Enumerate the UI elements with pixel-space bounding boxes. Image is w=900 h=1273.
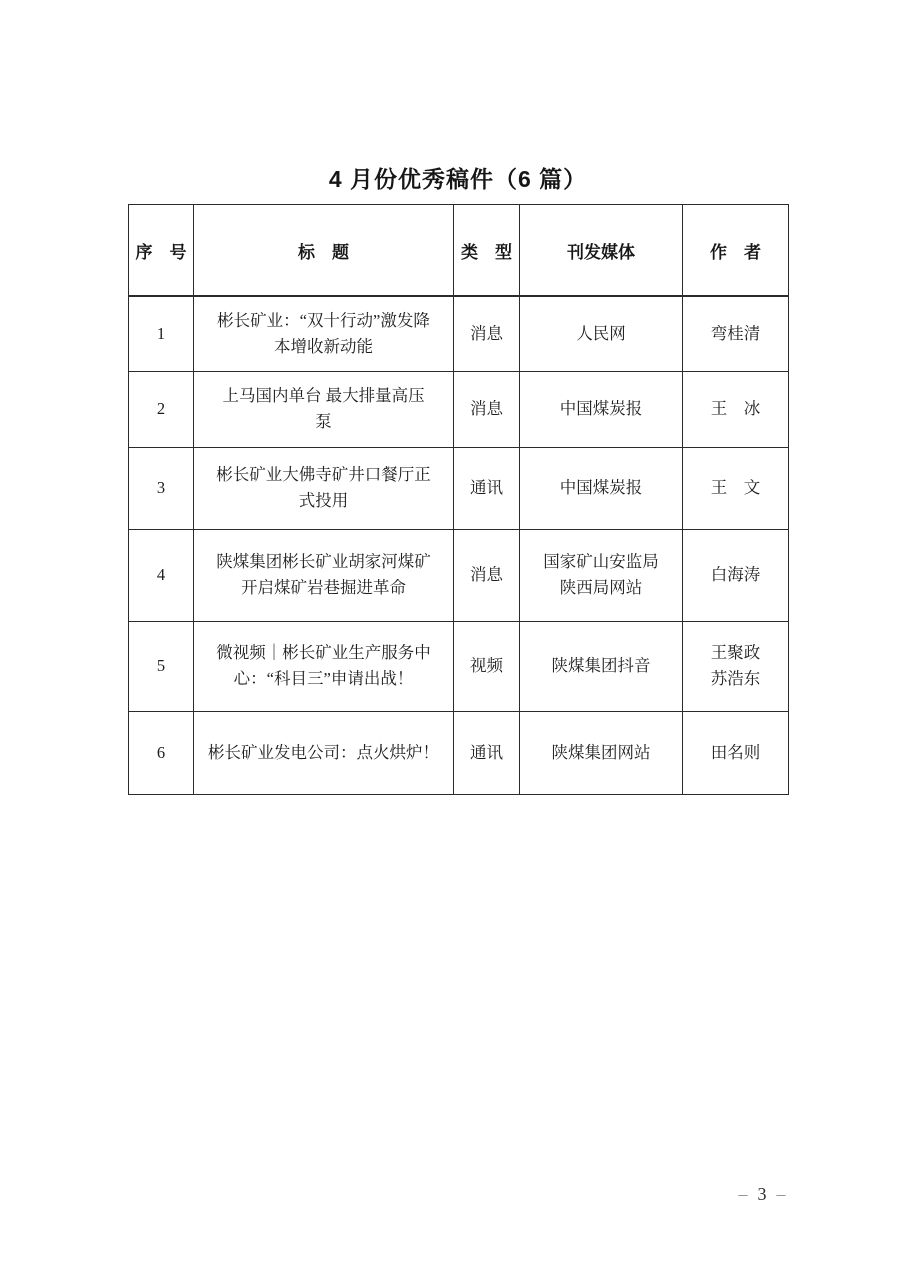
cell-no: 5 [129,621,194,711]
column-header-no: 序 号 [129,205,194,297]
cell-media: 陕煤集团网站 [520,711,683,794]
cell-title: 彬长矿业发电公司：点火烘炉！ [194,711,454,794]
table-row: 4陕煤集团彬长矿业胡家河煤矿 开启煤矿岩巷掘进革命消息国家矿山安监局 陕西局网站… [129,529,789,621]
cell-title: 微视频｜彬长矿业生产服务中 心：“科目三”申请出战！ [194,621,454,711]
cell-type: 消息 [454,371,520,447]
column-header-author: 作 者 [683,205,789,297]
cell-media: 人民网 [520,296,683,371]
header-row: 序 号 标 题 类 型 刊发媒体 作 者 [129,205,789,297]
cell-author: 白海涛 [683,529,789,621]
column-header-title: 标 题 [194,205,454,297]
cell-title: 彬长矿业：“双十行动”激发降 本增收新动能 [194,296,454,371]
column-header-type: 类 型 [454,205,520,297]
cell-no: 6 [129,711,194,794]
cell-type: 通讯 [454,711,520,794]
cell-no: 4 [129,529,194,621]
cell-type: 通讯 [454,447,520,529]
cell-media: 陕煤集团抖音 [520,621,683,711]
document-title: 4 月份优秀稿件（6 篇） [128,162,788,196]
page-number-dash-right: – [777,1182,786,1206]
page-number: – 3 – [710,1182,814,1206]
column-header-media: 刊发媒体 [520,205,683,297]
cell-author: 弯桂清 [683,296,789,371]
cell-author: 王聚政 苏浩东 [683,621,789,711]
cell-no: 1 [129,296,194,371]
table-row: 6彬长矿业发电公司：点火烘炉！通讯陕煤集团网站田名则 [129,711,789,794]
cell-title: 上马国内单台 最大排量高压 泵 [194,371,454,447]
manuscripts-table: 序 号 标 题 类 型 刊发媒体 作 者 1彬长矿业：“双十行动”激发降 本增收… [128,204,789,795]
table-row: 1彬长矿业：“双十行动”激发降 本增收新动能消息人民网弯桂清 [129,296,789,371]
cell-title: 陕煤集团彬长矿业胡家河煤矿 开启煤矿岩巷掘进革命 [194,529,454,621]
cell-media: 中国煤炭报 [520,447,683,529]
cell-no: 3 [129,447,194,529]
document-page: 4 月份优秀稿件（6 篇） 序 号 标 题 类 型 刊发媒体 作 者 1彬长矿业… [0,0,900,1273]
table-row: 3彬长矿业大佛寺矿井口餐厅正 式投用通讯中国煤炭报王 文 [129,447,789,529]
table-row: 2上马国内单台 最大排量高压 泵消息中国煤炭报王 冰 [129,371,789,447]
page-number-dash-left: – [739,1182,748,1206]
cell-media: 中国煤炭报 [520,371,683,447]
cell-media: 国家矿山安监局 陕西局网站 [520,529,683,621]
cell-no: 2 [129,371,194,447]
cell-type: 消息 [454,296,520,371]
cell-type: 视频 [454,621,520,711]
cell-title: 彬长矿业大佛寺矿井口餐厅正 式投用 [194,447,454,529]
table-header: 序 号 标 题 类 型 刊发媒体 作 者 [129,205,789,297]
table-body: 1彬长矿业：“双十行动”激发降 本增收新动能消息人民网弯桂清2上马国内单台 最大… [129,296,789,794]
cell-author: 王 冰 [683,371,789,447]
table-row: 5微视频｜彬长矿业生产服务中 心：“科目三”申请出战！视频陕煤集团抖音王聚政 苏… [129,621,789,711]
cell-author: 田名则 [683,711,789,794]
page-number-value: 3 [758,1182,767,1206]
cell-type: 消息 [454,529,520,621]
cell-author: 王 文 [683,447,789,529]
